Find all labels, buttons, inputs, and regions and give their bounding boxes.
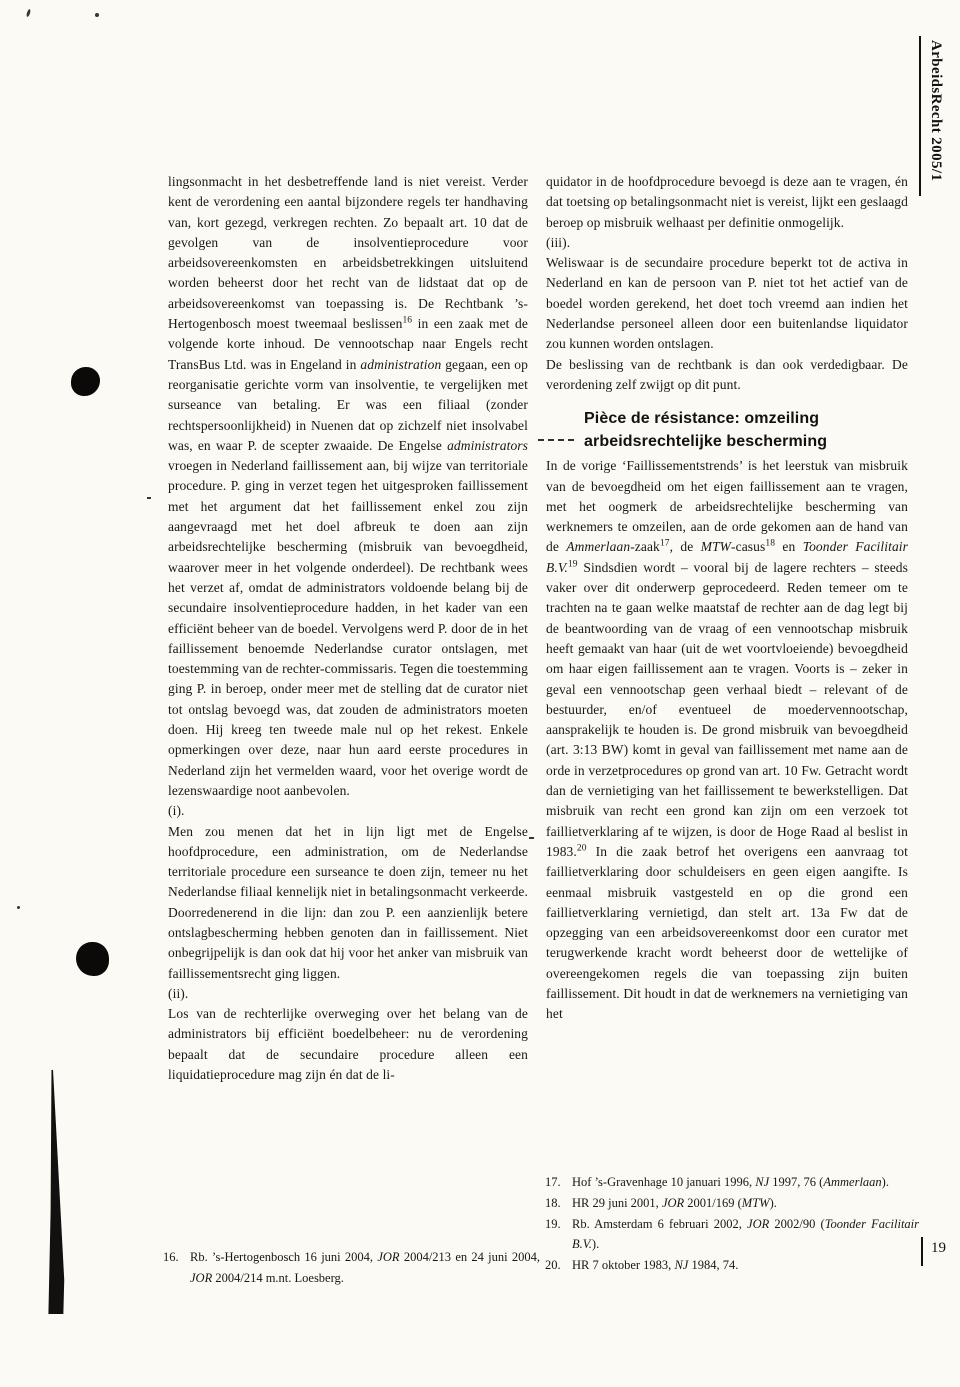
- paragraph: (iii).: [546, 233, 908, 253]
- footnote-number: 20.: [545, 1255, 572, 1276]
- footnote-number: 17.: [545, 1172, 572, 1193]
- footnote-number: 19.: [545, 1214, 572, 1256]
- ink-blot-middle: [76, 942, 109, 976]
- ink-blot-top: [71, 367, 100, 396]
- paragraph: quidator in de hoofdprocedure bevoegd is…: [546, 172, 908, 233]
- footnote-text: Rb. Amsterdam 6 februari 2002, JOR 2002/…: [572, 1214, 919, 1256]
- scanned-page: ArbeidsRecht 2005/1 lingsonmacht in het …: [0, 0, 960, 1387]
- right-column: quidator in de hoofdprocedure bevoegd is…: [546, 172, 908, 1025]
- scan-speck: [95, 13, 99, 17]
- paragraph: lingsonmacht in het desbetreffende land …: [168, 172, 528, 801]
- footnote-number: 16.: [163, 1247, 190, 1289]
- paragraph: (ii).: [168, 984, 528, 1004]
- section-heading: Pièce de résistance: omzeiling arbeidsre…: [546, 408, 908, 453]
- paragraph: In de vorige ‘Faillissementstrends’ is h…: [546, 456, 908, 1024]
- paragraph: De beslissing van de rechtbank is dan oo…: [546, 355, 908, 396]
- footnotes-left: 16. Rb. ’s-Hertogenbosch 16 juni 2004, J…: [163, 1247, 540, 1289]
- paragraph: (i).: [168, 801, 528, 821]
- journal-masthead: ArbeidsRecht 2005/1: [927, 40, 944, 210]
- binding-streak: [44, 1070, 66, 1314]
- page-number-rule: [921, 1237, 923, 1266]
- scan-speck: [147, 497, 151, 499]
- footnote-text: HR 29 juni 2001, JOR 2001/169 (MTW).: [572, 1193, 919, 1214]
- footnote-item: 16. Rb. ’s-Hertogenbosch 16 juni 2004, J…: [163, 1247, 540, 1289]
- masthead-rule: [919, 36, 921, 196]
- paragraph: Los van de rechterlijke overweging over …: [168, 1004, 528, 1085]
- footnote-item: 17. Hof ’s-Gravenhage 10 januari 1996, N…: [545, 1172, 919, 1193]
- paragraph: Weliswaar is de secundaire procedure bep…: [546, 253, 908, 354]
- page-number: 19: [931, 1240, 946, 1257]
- footnote-text: HR 7 oktober 1983, NJ 1984, 74.: [572, 1255, 919, 1276]
- scan-speck: [26, 9, 31, 18]
- section-heading-text: Pièce de résistance: omzeiling arbeidsre…: [584, 410, 827, 450]
- footnote-text: Hof ’s-Gravenhage 10 januari 1996, NJ 19…: [572, 1172, 919, 1193]
- left-column: lingsonmacht in het desbetreffende land …: [168, 172, 528, 1085]
- footnote-item: 18. HR 29 juni 2001, JOR 2001/169 (MTW).: [545, 1193, 919, 1214]
- scan-speck: [529, 837, 534, 839]
- paragraph: Men zou menen dat het in lijn ligt met d…: [168, 822, 528, 984]
- footnote-text: Rb. ’s-Hertogenbosch 16 juni 2004, JOR 2…: [190, 1247, 540, 1289]
- footnote-item: 20. HR 7 oktober 1983, NJ 1984, 74.: [545, 1255, 919, 1276]
- scan-speck: [17, 906, 20, 909]
- footnote-number: 18.: [545, 1193, 572, 1214]
- footnotes-right: 17. Hof ’s-Gravenhage 10 januari 1996, N…: [545, 1172, 919, 1276]
- footnote-item: 19. Rb. Amsterdam 6 februari 2002, JOR 2…: [545, 1214, 919, 1256]
- margin-dash-mark: [538, 439, 574, 441]
